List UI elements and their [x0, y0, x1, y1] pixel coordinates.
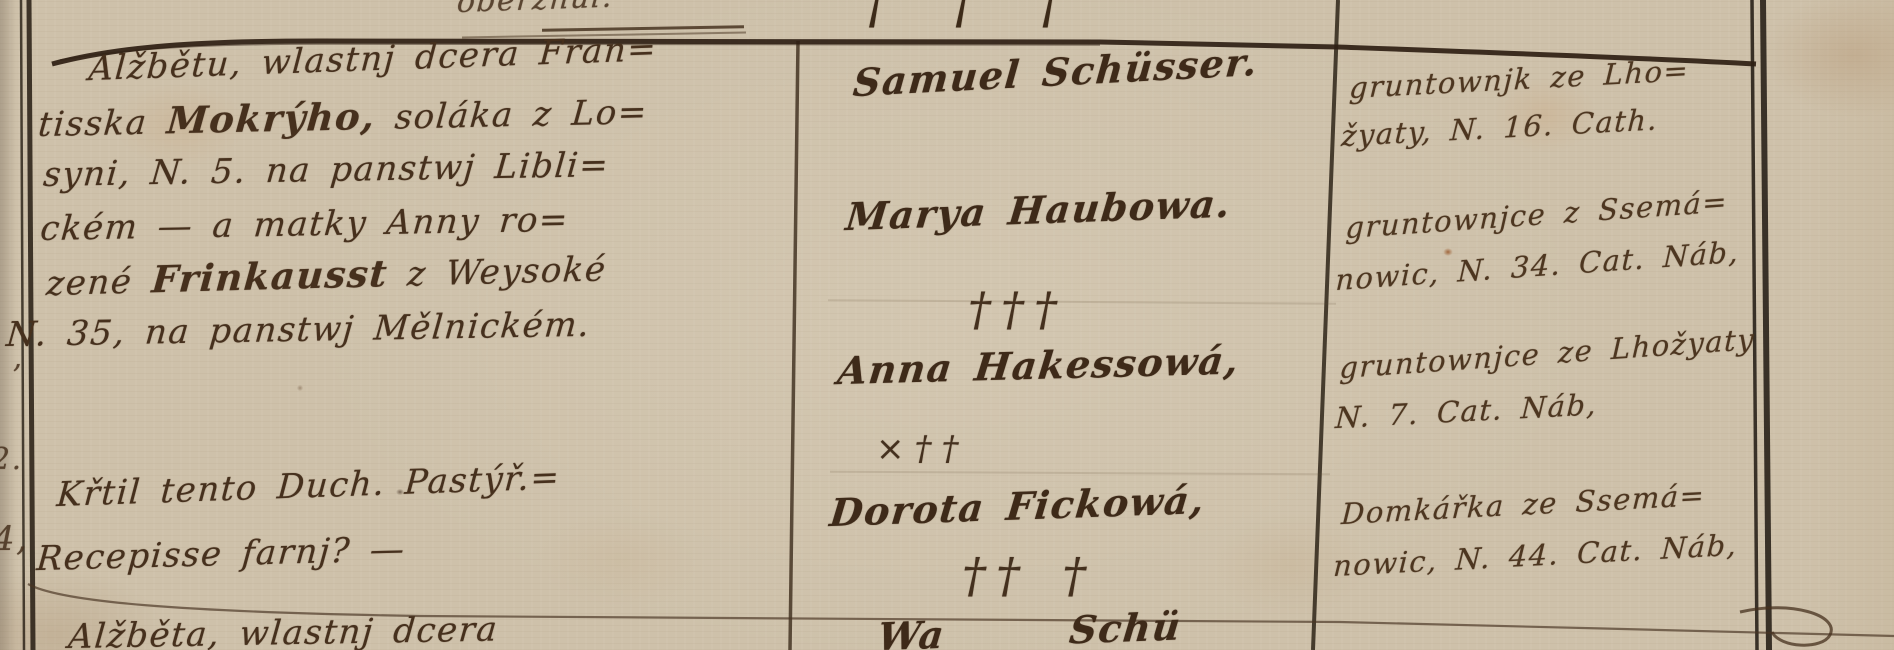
father-residence-line: syni, N. 5. na panstwj Libli=	[42, 148, 611, 192]
baptism-crosses-previous-row: † † †	[862, 0, 1065, 32]
godparent-name-3: Anna Hakessowá,	[836, 341, 1242, 390]
ink-flourish	[1740, 608, 1831, 645]
margin-mark-3: 4,	[0, 522, 28, 556]
mother-maiden-prefix: zené	[45, 261, 153, 304]
father-line-suffix: soláka z Lo=	[374, 92, 650, 138]
register-page-scan: oberžnul. † † † Alžbětu, wlastnj dcera F…	[0, 0, 1894, 650]
father-line-prefix: tisska	[37, 102, 169, 145]
signature-crosses-4: †† †	[962, 552, 1096, 600]
mother-residence-line: N. 35, na panstwj Mělnickém.	[5, 308, 592, 352]
next-entry-partial-col2: Wa Schü	[876, 607, 1183, 650]
column-divider-1	[790, 41, 798, 650]
mother-line: ckém — a matky Anny ro=	[39, 203, 570, 246]
next-entry-partial-col1: Alžběta, wlastnj dcera	[67, 612, 500, 650]
margin-mark-2: 2.	[0, 445, 23, 475]
mother-maiden-surname: Frinkausst	[150, 251, 390, 301]
margin-mark-1: ’	[12, 362, 23, 392]
recepisse-note-line: Recepisse farnj? —	[35, 532, 406, 576]
signature-crosses-3: ×††	[876, 432, 969, 466]
right-margin-rule-inner	[1763, 0, 1769, 650]
father-surname: Mokrýho,	[165, 94, 377, 142]
signature-crosses-2: †††	[968, 286, 1067, 332]
mother-maiden-suffix: z Weysoké	[386, 249, 608, 295]
previous-entry-tail-word: oberžnul.	[456, 0, 614, 18]
